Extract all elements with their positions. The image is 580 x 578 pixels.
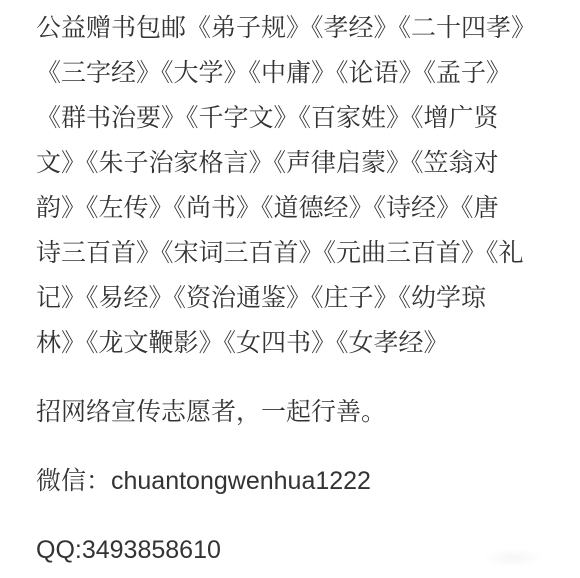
book-list-line: 记》《易经》《资治通鉴》《庄子》《幼学琼 xyxy=(36,276,566,321)
qq-contact-text: QQ:3493858610 xyxy=(36,528,566,573)
book-list-line: 文》《朱子治家格言》《声律启蒙》《笠翁对 xyxy=(36,141,566,186)
book-list-line: 林》《龙文鞭影》《女四书》《女孝经》 xyxy=(36,321,566,366)
book-list-line: 公益赠书包邮《弟子规》《孝经》《二十四孝》 xyxy=(36,6,566,51)
book-list-line: 韵》《左传》《尚书》《道德经》《诗经》《唐 xyxy=(36,186,566,231)
book-list-line: 《群书治要》《千字文》《百家姓》《增广贤 xyxy=(36,96,566,141)
post-body: 公益赠书包邮《弟子规》《孝经》《二十四孝》 《三字经》《大学》《中庸》《论语》《… xyxy=(36,6,566,573)
wechat-contact-text: 微信：chuantongwenhua1222 xyxy=(36,459,566,504)
volunteer-recruiting-text: 招网络宣传志愿者，一起行善。 xyxy=(36,390,566,435)
book-list-paragraph: 公益赠书包邮《弟子规》《孝经》《二十四孝》 《三字经》《大学》《中庸》《论语》《… xyxy=(36,6,566,366)
book-list-line: 诗三百首》《宋词三百首》《元曲三百首》《礼 xyxy=(36,231,566,276)
book-list-line: 《三字经》《大学》《中庸》《论语》《孟子》 xyxy=(36,51,566,96)
